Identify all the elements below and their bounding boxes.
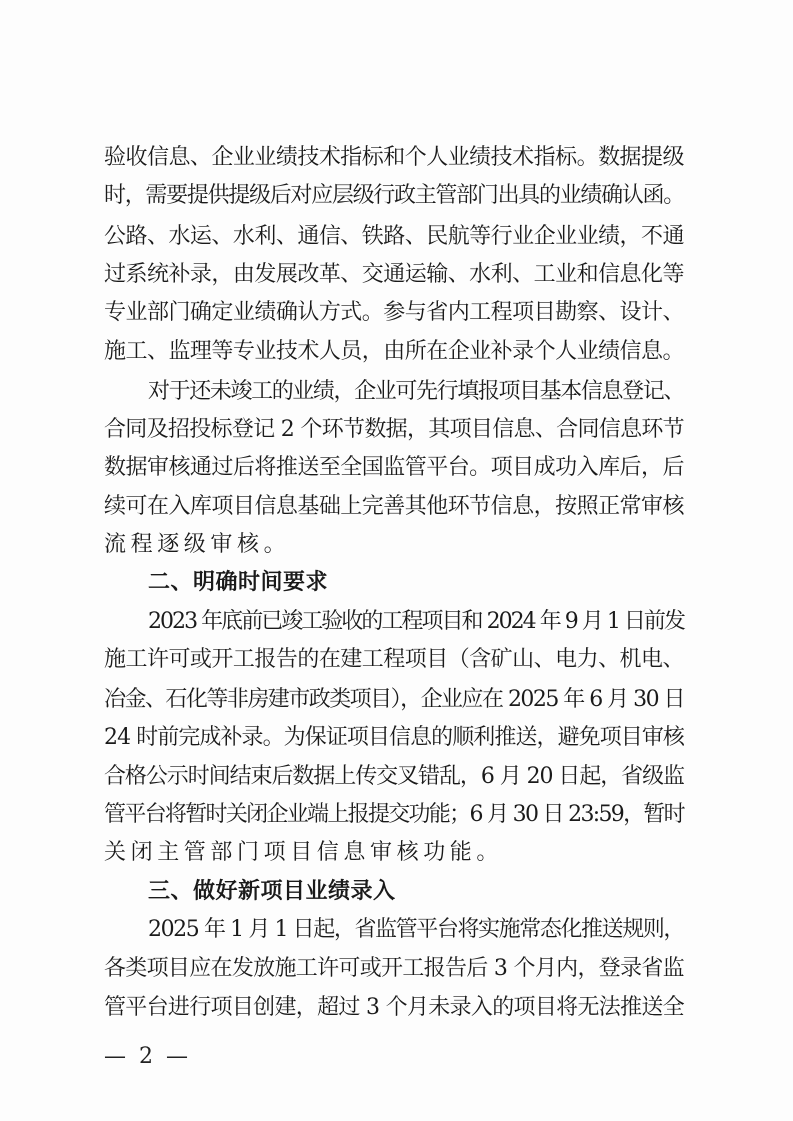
- document-page: 验收信息、企业业绩技术指标和个人业绩技术指标。数据提级时，需要提供提级后对应层级…: [0, 0, 793, 1121]
- body-text-line: 24 时前完成补录。为保证项目信息的顺利推送，避免项目审核: [104, 719, 684, 757]
- page-number: — 2 —: [104, 1042, 191, 1072]
- body-text-line: 各类项目应在发放施工许可或开工报告后 3 个月内，登录省监: [104, 950, 684, 988]
- body-text-line: 数据审核通过后将推送至全国监管平台。项目成功入库后，后: [104, 449, 684, 487]
- body-text-line: 对于还未竣工的业绩，企业可先行填报项目基本信息登记、: [148, 373, 684, 411]
- body-text-line: 管平台进行项目创建，超过 3 个月未录入的项目将无法推送全: [104, 989, 684, 1027]
- body-text-line: 合同及招投标登记 2 个环节数据，其项目信息、合同信息环节: [104, 411, 684, 449]
- body-text-line: 流程逐级审核。: [104, 526, 684, 564]
- body-text-line: 施工许可或开工报告的在建工程项目（含矿山、电力、机电、: [104, 641, 684, 679]
- body-text-line: 合格公示时间结束后数据上传交叉错乱，6 月 20 日起，省级监: [104, 758, 684, 796]
- body-text-line: 公路、水运、水利、通信、铁路、民航等行业企业业绩，不通: [104, 218, 684, 256]
- body-text-line: 过系统补录，由发展改革、交通运输、水利、工业和信息化等: [104, 256, 684, 294]
- body-text-line: 续可在入库项目信息基础上完善其他环节信息，按照正常审核: [104, 488, 684, 526]
- section-heading: 二、明确时间要求: [148, 564, 684, 602]
- body-text-line: 关闭主管部门项目信息审核功能。: [104, 834, 684, 872]
- body-text-line: 验收信息、企业业绩技术指标和个人业绩技术指标。数据提级: [104, 139, 684, 177]
- section-heading: 三、做好新项目业绩录入: [148, 873, 684, 911]
- body-text-line: 时，需要提供提级后对应层级行政主管部门出具的业绩确认函。: [104, 177, 684, 215]
- body-text-line: 管平台将暂时关闭企业端上报提交功能；6 月 30 日 23:59，暂时: [104, 796, 684, 834]
- body-text-line: 冶金、石化等非房建市政类项目），企业应在 2025 年 6 月 30 日: [104, 681, 684, 719]
- body-text-line: 2023 年底前已竣工验收的工程项目和 2024 年 9 月 1 日前发: [148, 603, 684, 641]
- body-text-line: 专业部门确定业绩确认方式。参与省内工程项目勘察、设计、: [104, 294, 684, 332]
- body-text-line: 2025 年 1 月 1 日起，省监管平台将实施常态化推送规则，: [148, 911, 684, 949]
- body-text-line: 施工、监理等专业技术人员，由所在企业补录个人业绩信息。: [104, 333, 684, 371]
